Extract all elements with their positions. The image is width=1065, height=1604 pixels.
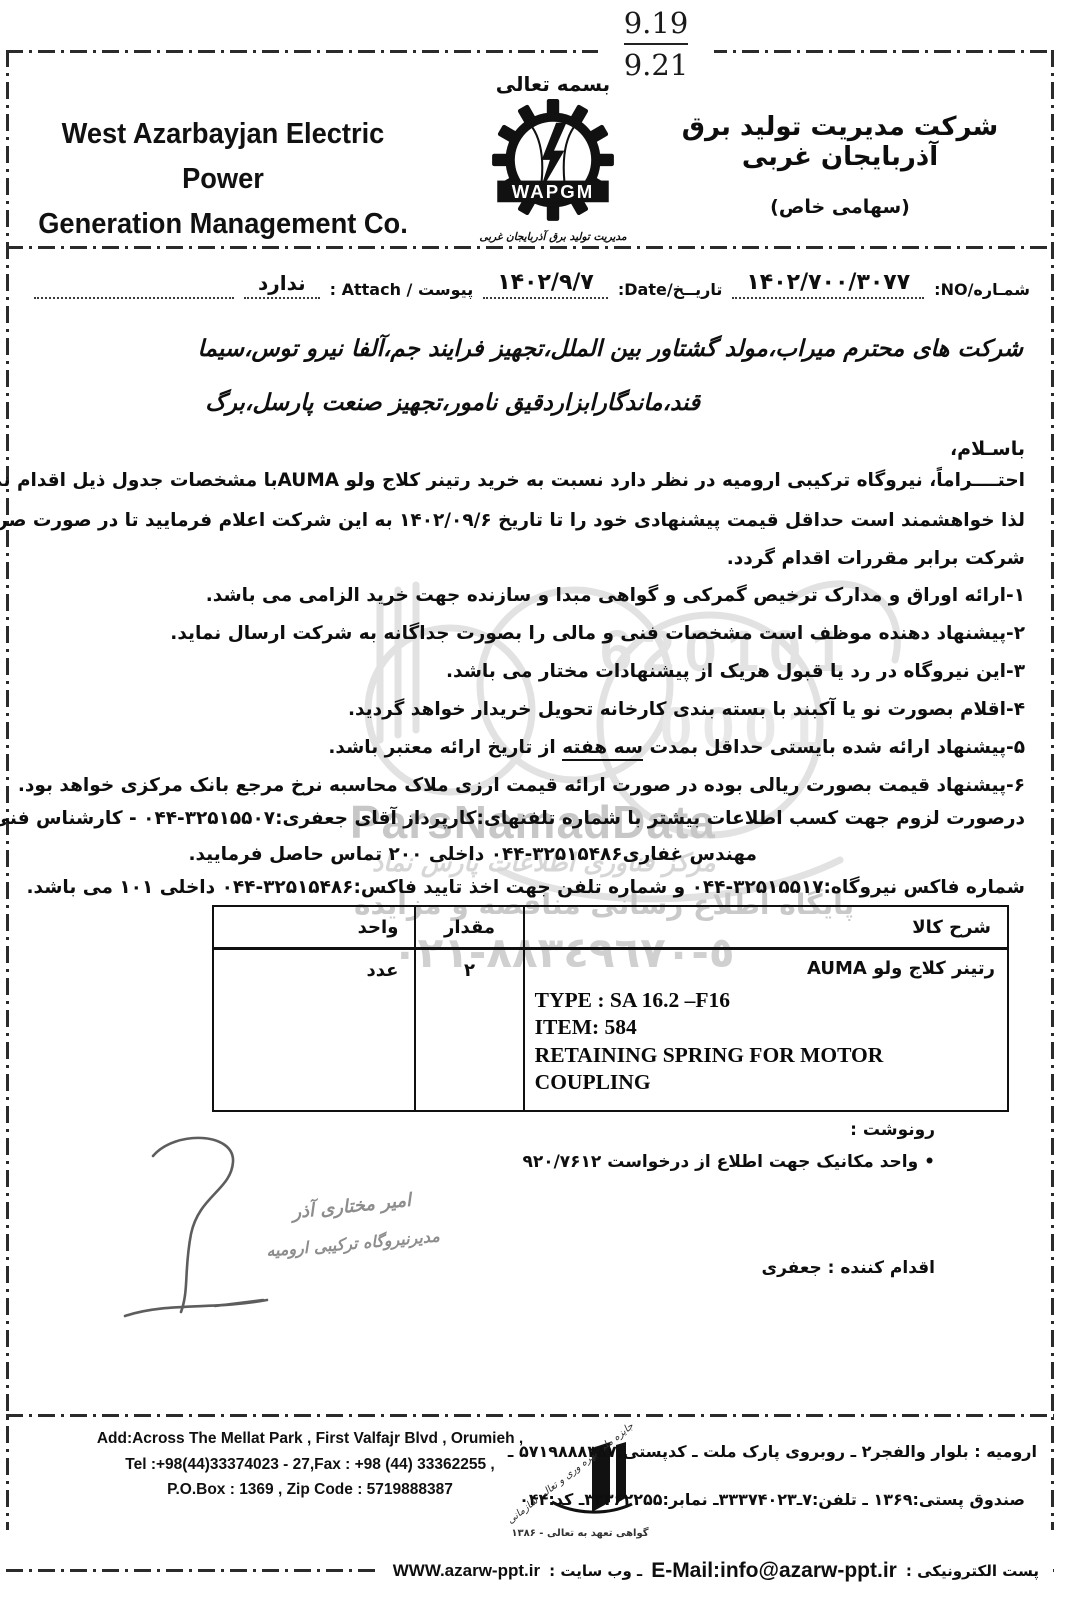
condition-item-2: ۲-پیشنهاد دهنده موظف است مشخصات فنی و ما…	[170, 623, 1025, 644]
copy-item-text: واحد مکانیک جهت اطلاع از درخواست ۹۲۰/۷۶۱…	[522, 1152, 918, 1172]
item-number-line: ITEM: 584	[535, 1014, 887, 1041]
column-header-description: شرح کالا	[524, 906, 1008, 949]
item-type-line: TYPE : SA 16.2 –F16	[535, 987, 887, 1014]
wapgm-gear-lightning-logo: WAPGM	[491, 98, 615, 226]
condition-item-6: ۶-پیشنهاد قیمت بصورت ریالی بوده در صورت …	[18, 775, 1025, 796]
footer-address-persian-line2: صندوق پستی:۱۳۶۹ ـ تلفن:۷ـ۳۳۳۷۴۰۲۳ـ نمابر…	[519, 1490, 1025, 1509]
ref-attach-value: ندارد	[244, 271, 320, 299]
cell-description: رتینر کلاج ولو AUMA TYPE : SA 16.2 –F16 …	[524, 949, 1008, 1112]
condition-item-5-pre: ۵-پیشنهاد ارائه شده بایستی حداقل بمدت	[643, 737, 1025, 758]
footer-en-line3: P.O.Box : 1369 , Zip Code : 5719888387	[20, 1477, 600, 1503]
salutation: باسـلام،	[950, 438, 1025, 460]
ref-attach-label: پیوست / Attach :	[330, 280, 474, 299]
content-layer: 9.19 9.21 West Azarbayjan Electric Power…	[0, 0, 1065, 1604]
contact-line3: شماره فاکس نیروگاه:۳۲۵۱۵۵۱۷-۰۴۴ و شماره …	[27, 877, 1025, 898]
copy-section-item: • واحد مکانیک جهت اطلاع از درخواست ۹۲۰/۷…	[522, 1152, 935, 1172]
logo-caption-script: مدیریت تولید برق آذربایجان غربی	[468, 231, 638, 243]
item-name-line: RETAINING SPRING FOR MOTOR COUPLING	[535, 1042, 887, 1097]
contact-line2: مهندس غفاری۳۲۵۱۵۴۸۶-۰۴۴ داخلی ۲۰۰ تماس ح…	[188, 844, 757, 865]
addressees-line1: شرکت های محترم میراب،مولد گشتاور بین الم…	[198, 336, 1023, 362]
contact-line1: درصورت لزوم جهت کسب اطلاعات بیشتر با شما…	[0, 808, 1025, 829]
condition-item-5-post: از تاریخ ارائه معتبر باشد.	[328, 737, 562, 758]
footer-address-persian-line1: ارومیه : بلوار والفجر۲ ـ روبروی پارک ملت…	[508, 1442, 1037, 1461]
company-name-persian: شرکت مدیریت تولید برق آذربایجان غربی (سه…	[628, 112, 1052, 218]
website-address: WWW.azarw-ppt.ir	[393, 1561, 540, 1581]
condition-item-5: ۵-پیشنهاد ارائه شده بایستی حداقل بمدت سه…	[328, 737, 1025, 758]
goods-table-header-row: شرح کالا مقدار واحد	[213, 906, 1008, 949]
condition-item-4: ۴-اقلام بصورت نو یا آکبند با بسته بندی ک…	[348, 699, 1025, 720]
company-name-persian-line: شرکت مدیریت تولید برق آذربایجان غربی	[628, 112, 1052, 172]
action-by-line: اقدام کننده : جعفری	[762, 1258, 935, 1278]
condition-item-5-underlined: سه هفته	[562, 737, 643, 761]
footer-address-english: Add:Across The Mellat Park , First Valfa…	[20, 1426, 600, 1503]
paragraph-line2: لذا خواهشمند است حداقل قیمت پیشنهادی خود…	[0, 510, 1025, 531]
ref-number-value: ۱۴۰۲/۷۰۰/۳۰۷۷	[732, 270, 924, 299]
ref-date-label: تاریــخ/Date:	[618, 280, 723, 299]
annotation-fraction-bar	[624, 43, 688, 45]
cell-unit: عدد	[213, 949, 415, 1112]
ref-date-value: ۱۴۰۲/۹/۷	[483, 270, 608, 299]
column-header-quantity: مقدار	[415, 906, 523, 949]
company-name-english-line2: Generation Management Co.	[23, 202, 423, 247]
condition-item-1: ۱-ارائه اوراق و مدارک ترخیص گمرکی و گواه…	[206, 585, 1025, 606]
goods-table-row: رتینر کلاج ولو AUMA TYPE : SA 16.2 –F16 …	[213, 949, 1008, 1112]
scanned-letter-page: 620101 0001 ParsNamadData مرکز فناوری اط…	[0, 0, 1065, 1604]
bullet-icon: •	[924, 1152, 935, 1172]
addressees-line2: قند،ماندگارابزاردقیق نامور،تجهیز صنعت پا…	[205, 390, 700, 416]
logo-block: بسمه تعالی	[468, 72, 638, 243]
email-label: پست الکترونیکی :	[906, 1562, 1039, 1580]
handwritten-signature-graphic	[95, 1130, 310, 1325]
column-header-unit: واحد	[213, 906, 415, 949]
award-caption: گواهی تعهد به تعالی - ۱۳۸۶	[500, 1528, 660, 1539]
reference-row: شمـاره/NO: ۱۴۰۲/۷۰۰/۳۰۷۷ تاریــخ/Date: ۱…	[34, 270, 1030, 299]
dotted-leader	[34, 279, 234, 299]
goods-table: شرح کالا مقدار واحد رتینر کلاج ولو AUMA …	[212, 905, 1009, 1112]
annotation-numerator: 9.19	[598, 6, 714, 40]
logo-acronym-text: WAPGM	[512, 181, 595, 202]
item-description-fa: رتینر کلاج ولو AUMA	[535, 958, 995, 979]
company-type-persian: (سهامی خاص)	[628, 196, 1052, 218]
paragraph-line1: احتــــراماً، نیروگاه ترکیبی ارومیه در ن…	[0, 470, 1025, 491]
footer-contact-row: پست الکترونیکی : E-Mail:info@azarw-ppt.i…	[381, 1550, 1051, 1592]
company-name-english: West Azarbayjan Electric Power Generatio…	[23, 112, 423, 247]
annotation-denominator: 9.21	[598, 48, 714, 82]
condition-item-3: ۳-این نیروگاه در رد یا قبول هریک از پیشن…	[446, 661, 1025, 682]
item-description-en: TYPE : SA 16.2 –F16 ITEM: 584 RETAINING …	[535, 987, 887, 1096]
cell-quantity: ۲	[415, 949, 523, 1112]
email-address: E-Mail:info@azarw-ppt.ir	[651, 1559, 897, 1583]
handwritten-annotation: 9.19 9.21	[598, 6, 714, 82]
paragraph-line3: شرکت برابر مقررات اقدام گردد.	[727, 548, 1025, 569]
company-name-english-line1: West Azarbayjan Electric Power	[23, 112, 423, 202]
copy-section-label: رونوشت :	[850, 1120, 935, 1140]
website-label: ـ وب سایت :	[549, 1562, 642, 1580]
ref-number-label: شمـاره/NO:	[934, 280, 1030, 299]
